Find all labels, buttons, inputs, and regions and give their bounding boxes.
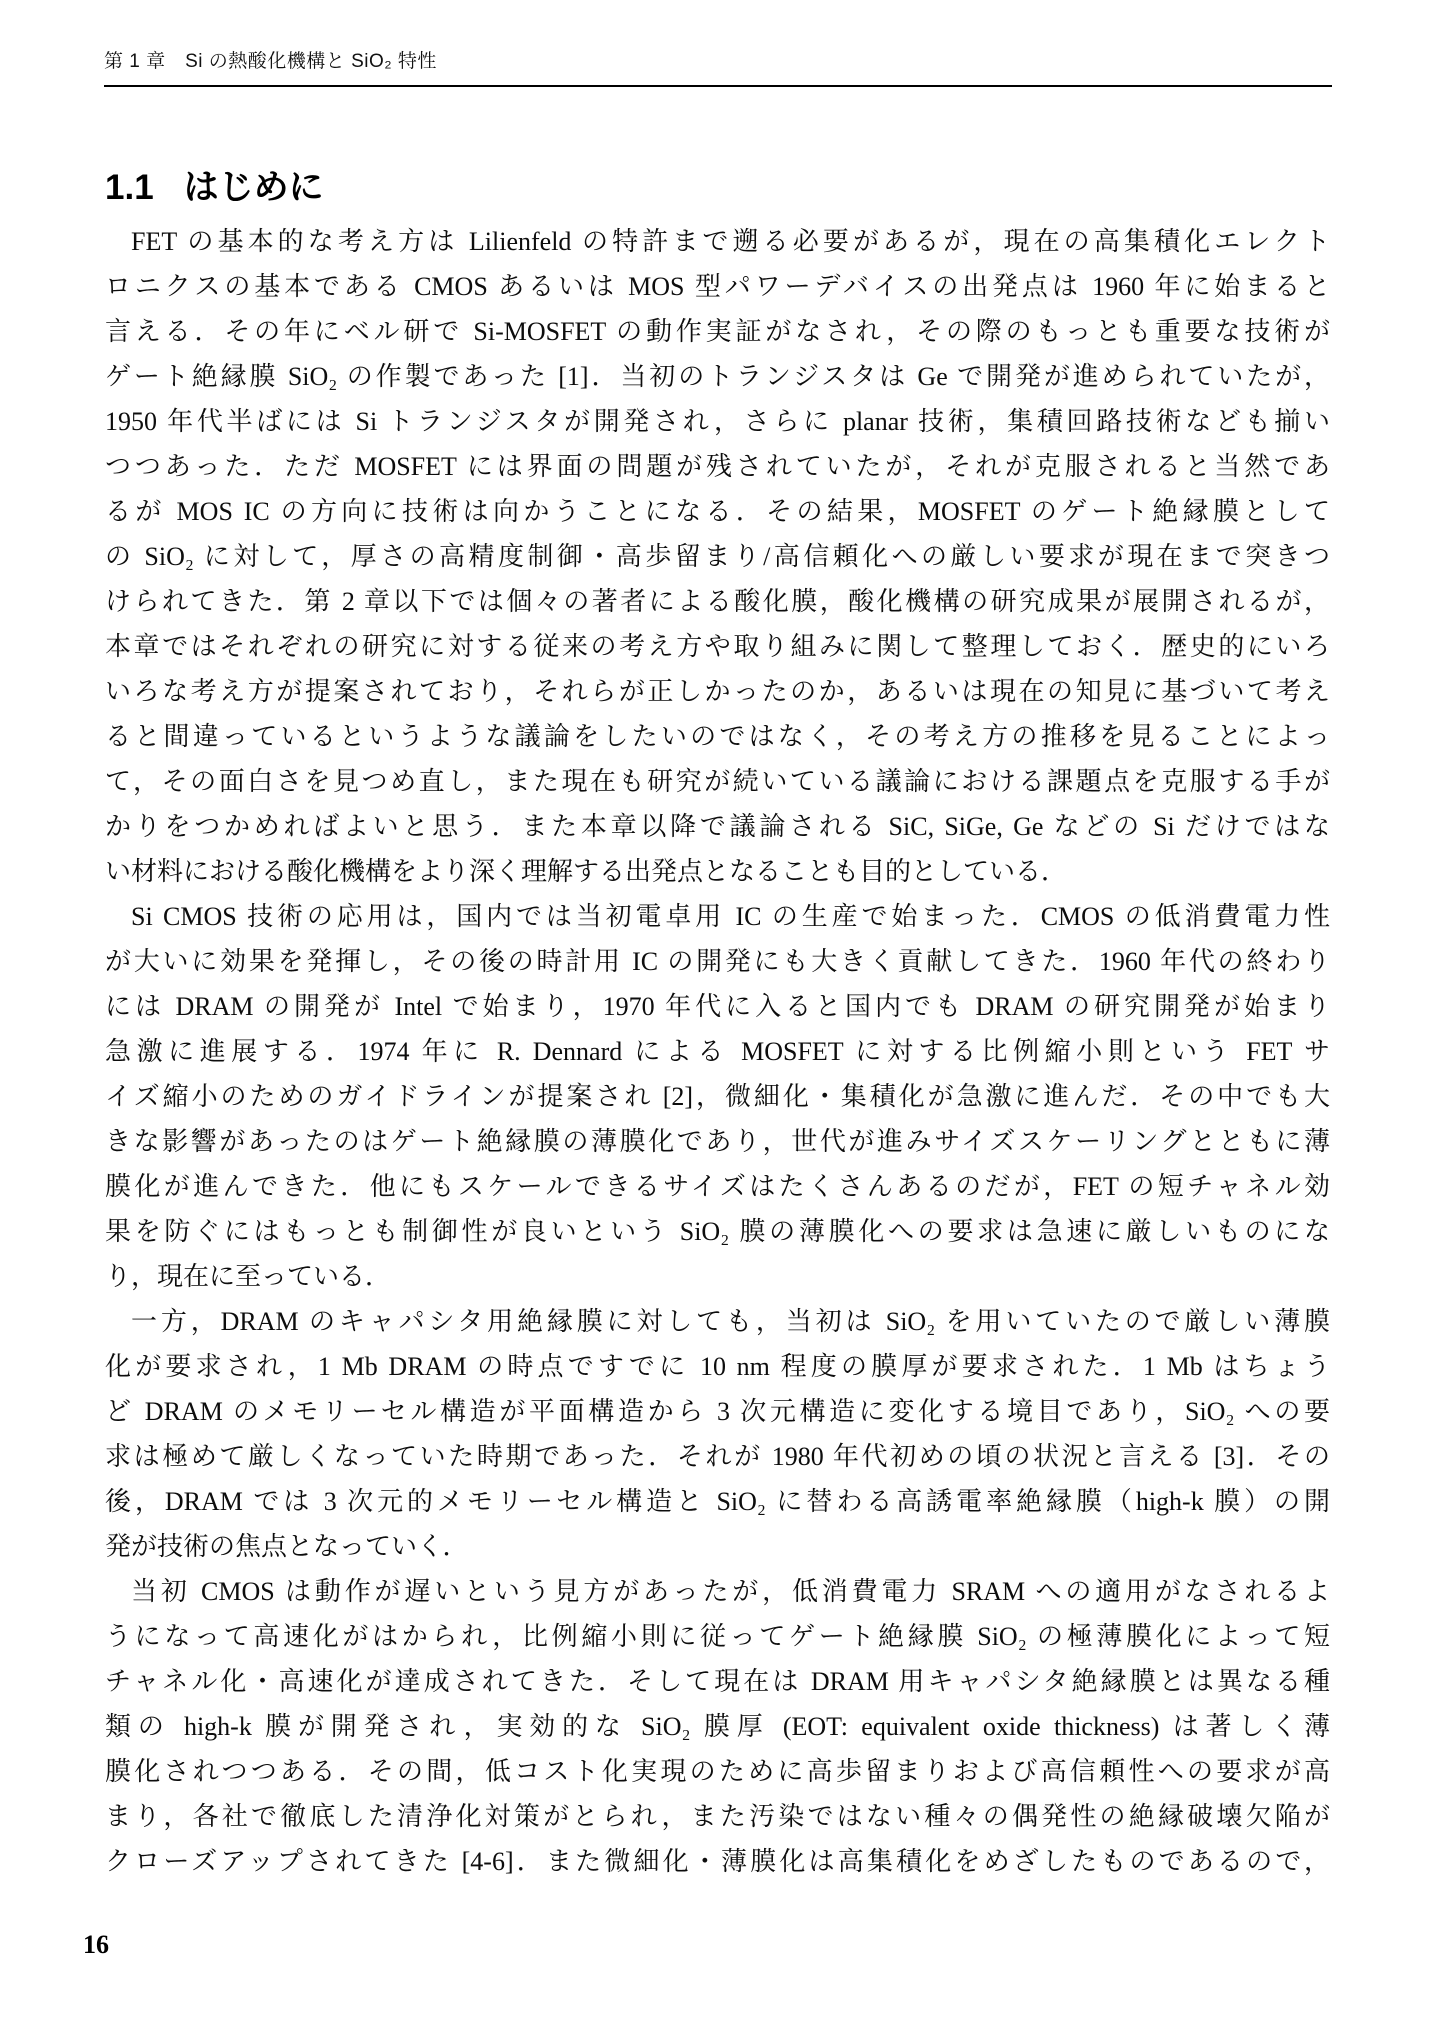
section-title: はじめに [184, 160, 324, 210]
body-line: て，その面白さを見つめ直し，また現在も研究が続いている議論における課題点を克服す… [105, 759, 1330, 804]
body-line: 当初 CMOS は動作が遅いという見方があったが，低消費電力 SRAM への適用… [105, 1569, 1330, 1614]
body-line: うになって高速化がはかられ，比例縮小則に従ってゲート絶縁膜 SiO₂ の極薄膜化… [105, 1614, 1330, 1659]
body-line: まり，各社で徹底した清浄化対策がとられ，また汚染ではない種々の偶発性の絶縁破壊欠… [105, 1794, 1330, 1839]
body-line: には DRAM の開発が Intel で始まり，1970 年代に入ると国内でも … [105, 984, 1330, 1029]
page-number: 16 [83, 1930, 109, 1960]
body-text: FET の基本的な考え方は Lilienfeld の特許まで遡る必要があるが，現… [105, 219, 1330, 1884]
body-line: ゲート絶縁膜 SiO₂ の作製であった [1]．当初のトランジスタは Ge で開… [105, 354, 1330, 399]
body-line: かりをつかめればよいと思う．また本章以降で議論される SiC, SiGe, Ge… [105, 804, 1330, 849]
body-line: ロニクスの基本である CMOS あるいは MOS 型パワーデバイスの出発点は 1… [105, 264, 1330, 309]
body-line: ど DRAM のメモリーセル構造が平面構造から 3 次元構造に変化する境目であり… [105, 1389, 1330, 1434]
body-line: 後，DRAM では 3 次元的メモリーセル構造と SiO₂ に替わる高誘電率絶縁… [105, 1479, 1330, 1524]
paragraph-2: Si CMOS 技術の応用は，国内では当初電卓用 IC の生産で始まった．CMO… [105, 894, 1330, 1299]
body-line: 求は極めて厳しくなっていた時期であった．それが 1980 年代初めの頃の状況と言… [105, 1434, 1330, 1479]
body-line: チャネル化・高速化が達成されてきた．そして現在は DRAM 用キャパシタ絶縁膜と… [105, 1659, 1330, 1704]
body-line: るが MOS IC の方向に技術は向かうことになる．その結果，MOSFET のゲ… [105, 489, 1330, 534]
document-page: 第 1 章 Si の熱酸化機構と SiO₂ 特性 1.1 はじめに FET の基… [0, 0, 1433, 2024]
body-line: 発が技術の焦点となっていく． [105, 1524, 1330, 1569]
body-line: きな影響があったのはゲート絶縁膜の薄膜化であり，世代が進みサイズスケーリングとと… [105, 1119, 1330, 1164]
section-heading: 1.1 はじめに [105, 160, 324, 210]
body-line: FET の基本的な考え方は Lilienfeld の特許まで遡る必要があるが，現… [105, 219, 1330, 264]
running-header: 第 1 章 Si の熱酸化機構と SiO₂ 特性 [104, 46, 1332, 87]
paragraph-4: 当初 CMOS は動作が遅いという見方があったが，低消費電力 SRAM への適用… [105, 1569, 1330, 1884]
body-line: が大いに効果を発揮し，その後の時計用 IC の開発にも大きく貢献してきた．196… [105, 939, 1330, 984]
body-line: けられてきた．第 2 章以下では個々の著者による酸化膜，酸化機構の研究成果が展開… [105, 579, 1330, 624]
body-line: イズ縮小のためのガイドラインが提案され [2]，微細化・集積化が急激に進んだ．そ… [105, 1074, 1330, 1119]
body-line: クローズアップされてきた [4-6]．また微細化・薄膜化は高集積化をめざしたもの… [105, 1839, 1330, 1884]
body-line: つつあった．ただ MOSFET には界面の問題が残されていたが，それが克服される… [105, 444, 1330, 489]
body-line: 本章ではそれぞれの研究に対する従来の考え方や取り組みに関して整理しておく．歴史的… [105, 624, 1330, 669]
body-line: 膜化が進んできた．他にもスケールできるサイズはたくさんあるのだが，FET の短チ… [105, 1164, 1330, 1209]
paragraph-1: FET の基本的な考え方は Lilienfeld の特許まで遡る必要があるが，現… [105, 219, 1330, 894]
body-line: いろな考え方が提案されており，それらが正しかったのか，あるいは現在の知見に基づい… [105, 669, 1330, 714]
body-line: 膜化されつつある．その間，低コスト化実現のために高歩留まりおよび高信頼性への要求… [105, 1749, 1330, 1794]
paragraph-3: 一方，DRAM のキャパシタ用絶縁膜に対しても，当初は SiO₂ を用いていたの… [105, 1299, 1330, 1569]
body-line: Si CMOS 技術の応用は，国内では当初電卓用 IC の生産で始まった．CMO… [105, 894, 1330, 939]
body-line: い材料における酸化機構をより深く理解する出発点となることも目的としている． [105, 849, 1330, 894]
body-line: ると間違っているというような議論をしたいのではなく，その考え方の推移を見ることに… [105, 714, 1330, 759]
body-line: 急激に進展する．1974 年に R. Dennard による MOSFET に対… [105, 1029, 1330, 1074]
body-line: り，現在に至っている． [105, 1254, 1330, 1299]
body-line: 化が要求され，1 Mb DRAM の時点ですでに 10 nm 程度の膜厚が要求さ… [105, 1344, 1330, 1389]
body-line: の SiO₂ に対して，厚さの高精度制御・高歩留まり/高信頼化への厳しい要求が現… [105, 534, 1330, 579]
section-number: 1.1 [105, 168, 154, 208]
body-line: 果を防ぐにはもっとも制御性が良いという SiO₂ 膜の薄膜化への要求は急速に厳し… [105, 1209, 1330, 1254]
body-line: 1950 年代半ばには Si トランジスタが開発され，さらに planar 技術… [105, 399, 1330, 444]
body-line: 類の high-k 膜が開発され，実効的な SiO₂ 膜厚 (EOT: equi… [105, 1704, 1330, 1749]
body-line: 言える．その年にベル研で Si-MOSFET の動作実証がなされ，その際のもっと… [105, 309, 1330, 354]
body-line: 一方，DRAM のキャパシタ用絶縁膜に対しても，当初は SiO₂ を用いていたの… [105, 1299, 1330, 1344]
